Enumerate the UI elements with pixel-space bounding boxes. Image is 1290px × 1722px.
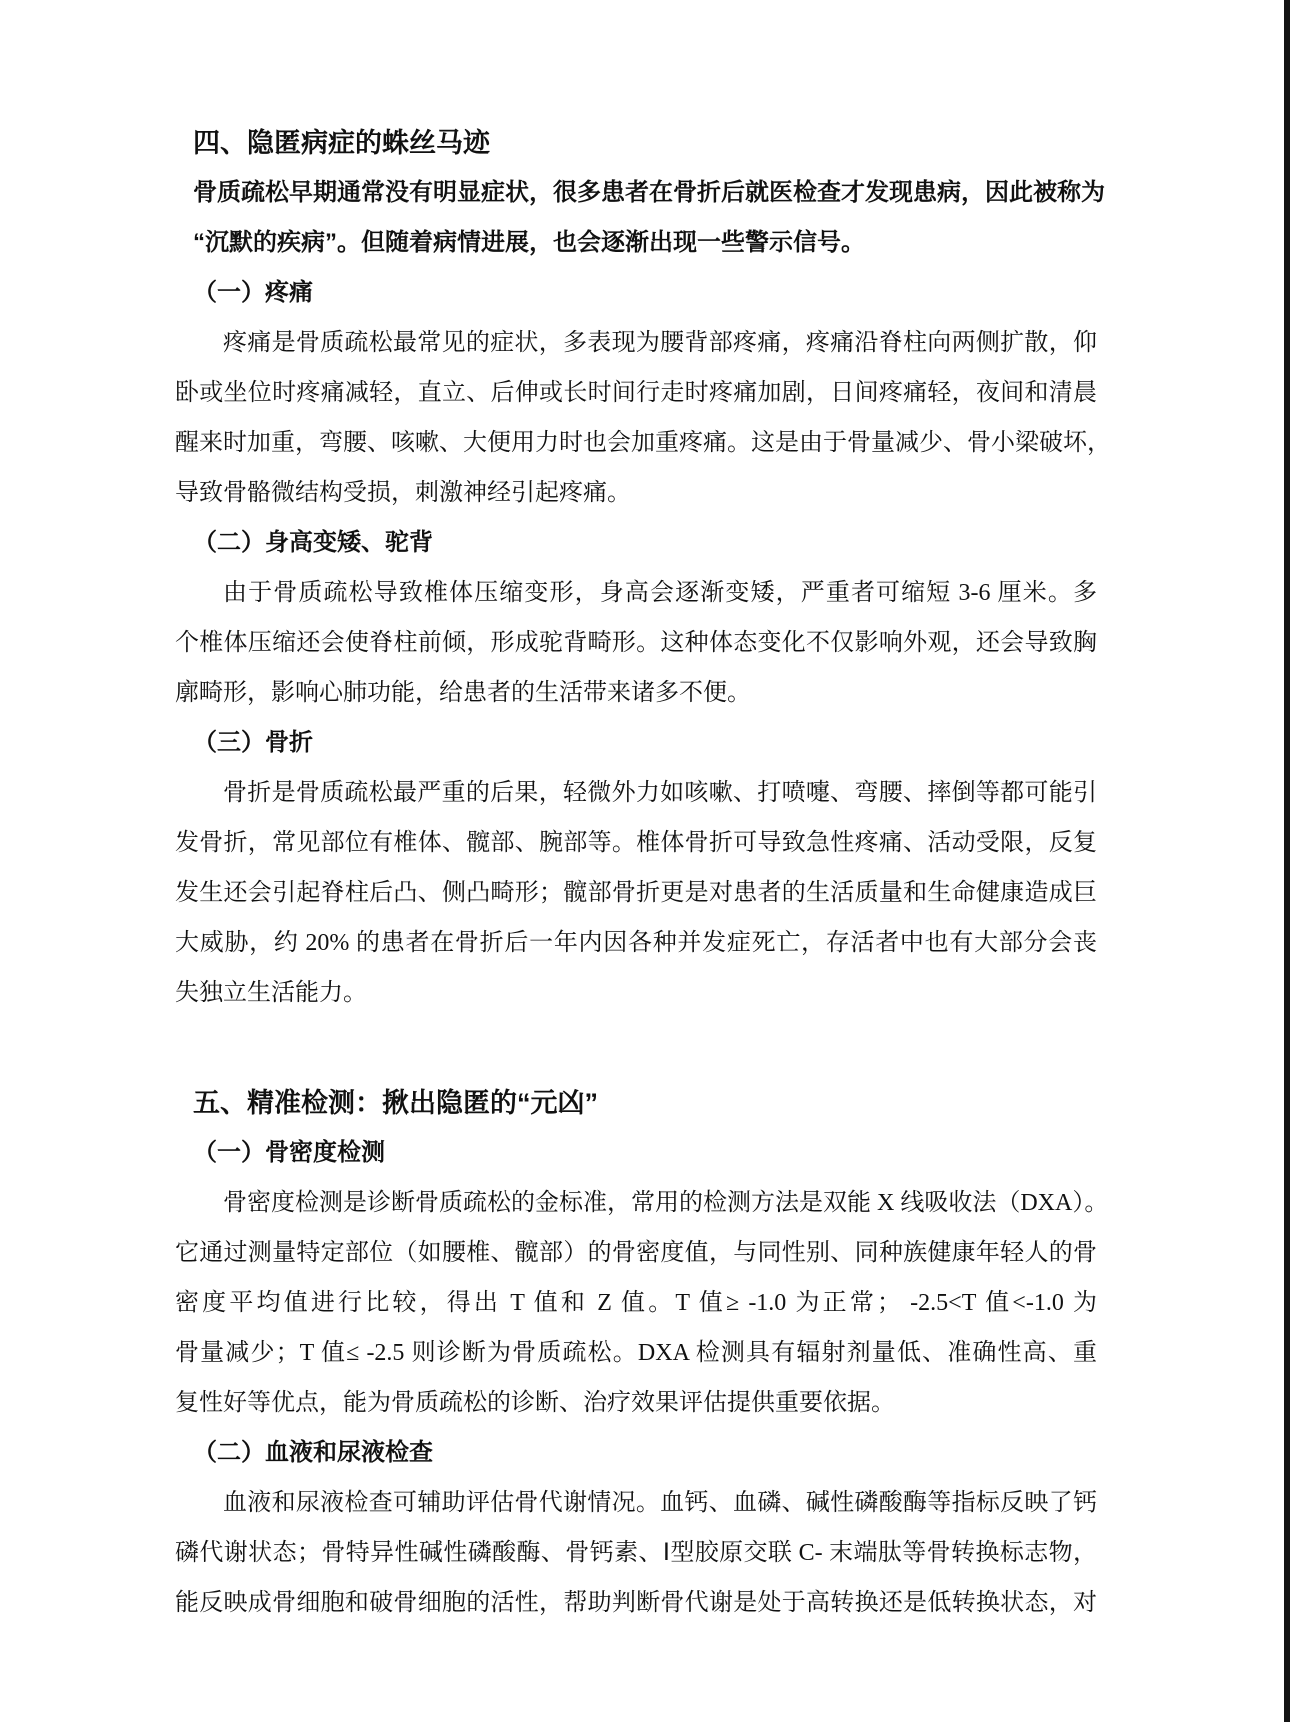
height-loss-subheading: （二）身高变矮、驼背 xyxy=(175,518,1097,568)
scan-right-edge xyxy=(1284,0,1290,1722)
document-page: 四、隐匿病症的蛛丝马迹 骨质疏松早期通常没有明显症状，很多患者在骨折后就医检查才… xyxy=(175,118,1097,1628)
bmd-paragraph-line-4: 骨量减少；T 值≤ -2.5 则诊断为骨质疏松。DXA 检测具有辐射剂量低、准确… xyxy=(175,1328,1097,1378)
blood-urine-subheading: （二）血液和尿液检查 xyxy=(175,1428,1097,1478)
pain-paragraph-line-3: 醒来时加重，弯腰、咳嗽、大便用力时也会加重疼痛。这是由于骨量减少、骨小梁破坏， xyxy=(175,418,1097,468)
height-loss-paragraph-line-1: 由于骨质疏松导致椎体压缩变形，身高会逐渐变矮，严重者可缩短 3-6 厘米。多 xyxy=(175,568,1097,618)
fracture-paragraph-line-2: 发骨折，常见部位有椎体、髋部、腕部等。椎体骨折可导致急性疼痛、活动受限，反复 xyxy=(175,818,1097,868)
fracture-paragraph-line-4: 大威胁，约 20% 的患者在骨折后一年内因各种并发症死亡，存活者中也有大部分会丧 xyxy=(175,918,1097,968)
bmd-paragraph-line-5: 复性好等优点，能为骨质疏松的诊断、治疗效果评估提供重要依据。 xyxy=(175,1378,1097,1428)
height-loss-paragraph-line-3: 廓畸形，影响心肺功能，给患者的生活带来诸多不便。 xyxy=(175,668,1097,718)
pain-paragraph-line-1: 疼痛是骨质疏松最常见的症状，多表现为腰背部疼痛，疼痛沿脊柱向两侧扩散，仰 xyxy=(175,318,1097,368)
fracture-paragraph-line-3: 发生还会引起脊柱后凸、侧凸畸形；髋部骨折更是对患者的生活质量和生命健康造成巨 xyxy=(175,868,1097,918)
intro-paragraph-line-1: 骨质疏松早期通常没有明显症状，很多患者在骨折后就医检查才发现患病，因此被称为 xyxy=(175,168,1097,218)
fracture-paragraph-line-1: 骨折是骨质疏松最严重的后果，轻微外力如咳嗽、打喷嚏、弯腰、摔倒等都可能引 xyxy=(175,768,1097,818)
section-5-heading: 五、精准检测：揪出隐匿的“元凶” xyxy=(175,1078,1097,1128)
section-gap xyxy=(175,1018,1097,1078)
pain-paragraph-line-4: 导致骨骼微结构受损，刺激神经引起疼痛。 xyxy=(175,468,1097,518)
pain-subheading: （一）疼痛 xyxy=(175,268,1097,318)
bmd-paragraph-line-2: 它通过测量特定部位（如腰椎、髋部）的骨密度值，与同性别、同种族健康年轻人的骨 xyxy=(175,1228,1097,1278)
blood-urine-paragraph-line-1: 血液和尿液检查可辅助评估骨代谢情况。血钙、血磷、碱性磷酸酶等指标反映了钙 xyxy=(175,1478,1097,1528)
blood-urine-paragraph-line-2: 磷代谢状态；骨特异性碱性磷酸酶、骨钙素、Ⅰ型胶原交联 C- 末端肽等骨转换标志物… xyxy=(175,1528,1097,1578)
bmd-subheading: （一）骨密度检测 xyxy=(175,1128,1097,1178)
bmd-paragraph-line-1: 骨密度检测是诊断骨质疏松的金标准，常用的检测方法是双能 X 线吸收法（DXA）。 xyxy=(175,1178,1097,1228)
bmd-paragraph-line-3: 密度平均值进行比较，得出 T 值和 Z 值。T 值≥ -1.0 为正常； -2.… xyxy=(175,1278,1097,1328)
height-loss-paragraph-line-2: 个椎体压缩还会使脊柱前倾，形成驼背畸形。这种体态变化不仅影响外观，还会导致胸 xyxy=(175,618,1097,668)
section-4-heading: 四、隐匿病症的蛛丝马迹 xyxy=(175,118,1097,168)
fracture-subheading: （三）骨折 xyxy=(175,718,1097,768)
intro-paragraph-line-2: “沉默的疾病”。但随着病情进展，也会逐渐出现一些警示信号。 xyxy=(175,218,1097,268)
pain-paragraph-line-2: 卧或坐位时疼痛减轻，直立、后伸或长时间行走时疼痛加剧，日间疼痛轻，夜间和清晨 xyxy=(175,368,1097,418)
fracture-paragraph-line-5: 失独立生活能力。 xyxy=(175,968,1097,1018)
blood-urine-paragraph-line-3: 能反映成骨细胞和破骨细胞的活性，帮助判断骨代谢是处于高转换还是低转换状态，对 xyxy=(175,1578,1097,1628)
